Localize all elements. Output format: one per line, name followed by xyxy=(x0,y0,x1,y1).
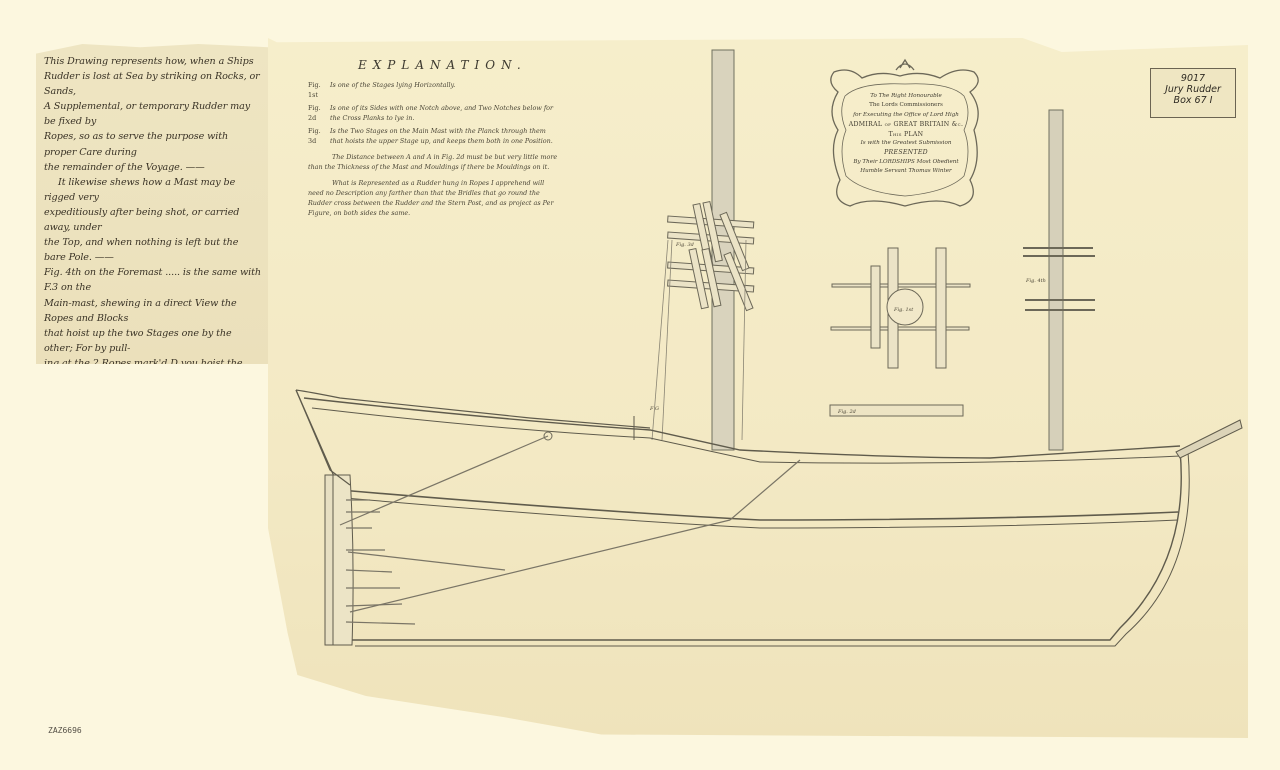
note-line: that hoist up the two Stages one by the … xyxy=(44,326,262,356)
figure-explanation: Fig. 1st Is one of the Stages lying Hori… xyxy=(308,80,558,100)
svg-text:Fig. 1st: Fig. 1st xyxy=(893,307,914,313)
handwritten-note: This Drawing represents how, when a Ship… xyxy=(36,44,268,364)
archive-number: 9017 xyxy=(1151,73,1235,84)
note-line: Ropes, so as to serve the purpose with p… xyxy=(44,129,262,159)
figure-label: Fig. 1st xyxy=(308,80,330,100)
dedication-line: By Their LORDSHIPS Most Obedient xyxy=(846,158,966,167)
dedication-line: Humble Servant Thomas Winter xyxy=(846,167,966,176)
note-line: Rudder is lost at Sea by striking on Roc… xyxy=(44,69,262,99)
note-line: This Drawing represents how, when a Ship… xyxy=(44,54,262,69)
figure-label: Fig. 2d xyxy=(308,103,330,123)
figure-explanation: Fig. 3d Is the Two Stages on the Main Ma… xyxy=(308,126,558,146)
note-line: Fig. 4th on the Foremast ..... is the sa… xyxy=(44,265,262,295)
explanation-title: EXPLANATION. xyxy=(358,58,558,72)
note-line: It likewise shews how a Mast may be rigg… xyxy=(44,175,262,205)
note-line: the Top, and when nothing is left but th… xyxy=(44,235,262,265)
dedication-line: ADMIRAL of GREAT BRITAIN &c. xyxy=(846,120,966,129)
figure-text: Is one of its Sides with one Notch above… xyxy=(330,103,558,123)
dedication-line: This PLAN xyxy=(846,130,966,139)
note-line: A Supplemental, or temporary Rudder may … xyxy=(44,99,262,129)
archive-box: Box 67 I xyxy=(1151,95,1235,106)
figure-explanation: Fig. 2d Is one of its Sides with one Not… xyxy=(308,103,558,123)
archive-label: 9017 Jury Rudder Box 67 I xyxy=(1150,68,1236,118)
figure-label: Fig. 3d xyxy=(308,126,330,146)
note-line: Main-mast, shewing in a direct View the … xyxy=(44,296,262,326)
dedication-text: To The Right Honourable The Lords Commis… xyxy=(846,92,966,177)
dedication-line: Is with the Greatest Submission xyxy=(846,139,966,148)
archive-title: Jury Rudder xyxy=(1151,84,1235,95)
svg-text:F G: F G xyxy=(649,406,659,412)
explanation-paragraph: The Distance between A and A in Fig. 2d … xyxy=(308,152,558,172)
figure-text: Is one of the Stages lying Horizontally. xyxy=(330,80,455,100)
catalog-id: ZAZ6696 xyxy=(48,726,82,735)
explanation-block: EXPLANATION. Fig. 1st Is one of the Stag… xyxy=(308,58,558,218)
note-line: the remainder of the Voyage. —— xyxy=(44,160,262,175)
svg-text:Fig. 2d: Fig. 2d xyxy=(837,409,856,415)
note-line: expeditiously after being shot, or carri… xyxy=(44,205,262,235)
explanation-paragraph: What is Represented as a Rudder hung in … xyxy=(308,178,558,218)
dedication-line: PRESENTED xyxy=(846,148,966,157)
svg-text:Fig. 4th: Fig. 4th xyxy=(1025,278,1046,284)
figure-text: Is the Two Stages on the Main Mast with … xyxy=(330,126,558,146)
dedication-cartouche: To The Right Honourable The Lords Commis… xyxy=(826,62,986,212)
svg-text:Fig. 3d: Fig. 3d xyxy=(675,242,694,248)
dedication-line: for Executing the Office of Lord High xyxy=(846,111,966,120)
dedication-line: The Lords Commissioners xyxy=(846,101,966,110)
dedication-line: To The Right Honourable xyxy=(846,92,966,101)
